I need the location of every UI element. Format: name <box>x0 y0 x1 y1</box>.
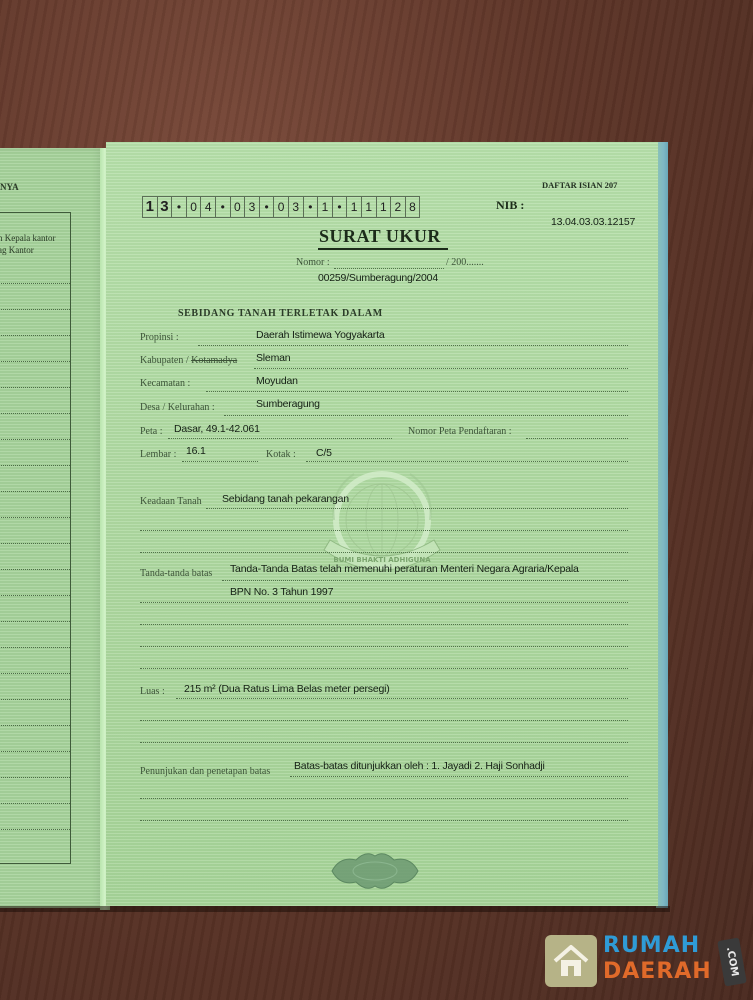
nib-box-cell: • <box>304 197 319 217</box>
dotted-line <box>0 465 70 467</box>
dotted-line <box>0 595 70 597</box>
propinsi-value: Daerah Istimewa Yogyakarta <box>256 329 384 341</box>
left-page: NYA n Kepala kantor ag Kantor <box>0 148 104 908</box>
kecamatan-value: Moyudan <box>256 375 298 387</box>
nib-box-cell: 8 <box>406 197 420 217</box>
dotted-line <box>140 820 628 821</box>
dotted-line <box>0 387 70 389</box>
dotted-line <box>0 699 70 701</box>
nib-box-cell: 3 <box>245 197 260 217</box>
dotted-line <box>198 345 628 346</box>
dotted-line <box>0 751 70 753</box>
dotted-line <box>0 803 70 805</box>
nomor-peta-label: Nomor Peta Pendaftaran : <box>408 426 512 437</box>
dotted-line <box>140 798 628 799</box>
dotted-line <box>0 283 70 285</box>
dotted-line <box>254 368 628 369</box>
kabupaten-label: Kabupaten / Kotamadya <box>140 355 237 366</box>
penunjukan-label: Penunjukan dan penetapan batas <box>140 766 270 777</box>
nib-box-cell: 3 <box>289 197 304 217</box>
keadaan-tanah-value: Sebidang tanah pekarangan <box>222 493 349 505</box>
dotted-line <box>0 777 70 779</box>
nib-label: NIB : <box>496 198 524 213</box>
nib-box-cell: 0 <box>187 197 202 217</box>
nib-value: 13.04.03.03.12157 <box>551 216 635 228</box>
dotted-line <box>290 776 628 777</box>
nib-box-cell: 1 <box>362 197 377 217</box>
nib-box-cell: 2 <box>391 197 406 217</box>
document-title: SURAT UKUR <box>319 226 441 247</box>
keadaan-tanah-label: Keadaan Tanah <box>140 496 202 507</box>
peta-label: Peta : <box>140 426 163 437</box>
dotted-line <box>0 829 70 831</box>
kotamadya-struck-label: Kotamadya <box>191 355 237 366</box>
dotted-line <box>0 361 70 363</box>
dotted-line <box>140 668 628 669</box>
house-icon <box>545 935 597 987</box>
nib-box-cell: 0 <box>274 197 289 217</box>
dotted-line <box>0 621 70 623</box>
title-underline <box>318 248 448 250</box>
dotted-line <box>526 438 628 439</box>
luas-label: Luas : <box>140 686 165 697</box>
desa-value: Sumberagung <box>256 398 320 410</box>
dotted-line <box>140 624 628 625</box>
left-box-line-1: n Kepala kantor <box>0 233 55 243</box>
tanda-batas-value-2: BPN No. 3 Tahun 1997 <box>230 586 333 598</box>
watermark-rumah-text: RUMAH <box>603 933 700 958</box>
nib-box-cell: • <box>216 197 231 217</box>
nib-box-cell: • <box>333 197 348 217</box>
dotted-line <box>0 413 70 415</box>
nomor-value: 00259/Sumberagung/2004 <box>318 272 438 284</box>
lembar-label: Lembar : <box>140 449 176 460</box>
dotted-line <box>334 268 444 269</box>
page-bottom-shadow <box>0 906 670 912</box>
nib-box-cell: 0 <box>231 197 246 217</box>
nomor-suffix: / 200....... <box>446 257 484 268</box>
dotted-line <box>182 461 258 462</box>
luas-value: 215 m² (Dua Ratus Lima Belas meter perse… <box>184 683 390 695</box>
left-page-box: n Kepala kantor ag Kantor <box>0 212 71 864</box>
dotted-line <box>0 647 70 649</box>
dotted-line <box>140 646 628 647</box>
tanda-batas-label: Tanda-tanda batas <box>140 568 212 579</box>
kabupaten-value: Sleman <box>256 352 290 364</box>
dotted-line <box>140 552 628 553</box>
nib-box-cell: 1 <box>377 197 392 217</box>
nomor-label: Nomor : <box>296 257 330 268</box>
dotted-line <box>222 580 628 581</box>
nib-box-cell: • <box>172 197 187 217</box>
desa-label: Desa / Kelurahan : <box>140 402 215 413</box>
nib-box-cell: 4 <box>201 197 216 217</box>
kecamatan-label: Kecamatan : <box>140 378 190 389</box>
dotted-line <box>140 530 628 531</box>
handwritten-nib-boxes: 13•04•03•03•1•11128 <box>142 196 420 218</box>
watermark-daerah-text: DAERAH <box>603 959 712 984</box>
nib-box-cell: 3 <box>158 197 173 217</box>
watermark-com-tag: .COM <box>717 937 747 986</box>
kotak-value: C/5 <box>316 447 332 459</box>
dotted-line <box>140 720 628 721</box>
dotted-line <box>140 602 628 603</box>
nib-box-cell: 1 <box>143 197 158 217</box>
kabupaten-label-text: Kabupaten / <box>140 355 189 366</box>
dotted-line <box>0 491 70 493</box>
dotted-line <box>0 543 70 545</box>
propinsi-label: Propinsi : <box>140 332 179 343</box>
left-page-heading: NYA <box>0 182 19 192</box>
nib-box-cell: • <box>260 197 275 217</box>
nib-box-cell: 1 <box>347 197 362 217</box>
dotted-line <box>0 673 70 675</box>
penunjukan-value: Batas-batas ditunjukkan oleh : 1. Jayadi… <box>294 760 545 772</box>
dotted-line <box>168 438 392 439</box>
dotted-line <box>0 569 70 571</box>
dotted-line <box>0 309 70 311</box>
dotted-line <box>206 391 628 392</box>
dotted-line <box>176 698 628 699</box>
section-title: SEBIDANG TANAH TERLETAK DALAM <box>178 308 383 319</box>
dotted-line <box>0 725 70 727</box>
security-rosette-emblem <box>322 848 428 894</box>
nib-box-cell: 1 <box>318 197 333 217</box>
peta-value: Dasar, 49.1-42.061 <box>174 423 260 435</box>
lembar-value: 16.1 <box>186 445 206 457</box>
kotak-label: Kotak : <box>266 449 296 460</box>
surat-ukur-page: DAFTAR ISIAN 207 NIB : 13.04.03.03.12157… <box>106 142 658 906</box>
dotted-line <box>0 439 70 441</box>
tanda-batas-value-1: Tanda-Tanda Batas telah memenuhi peratur… <box>230 563 579 575</box>
rumahdaerah-watermark: RUMAH DAERAH .COM <box>545 935 745 989</box>
dotted-line <box>140 742 628 743</box>
dotted-line <box>206 508 628 509</box>
dotted-line <box>224 415 628 416</box>
dotted-line <box>0 335 70 337</box>
left-box-line-2: ag Kantor <box>0 245 34 255</box>
form-code: DAFTAR ISIAN 207 <box>542 180 617 190</box>
dotted-line <box>0 517 70 519</box>
